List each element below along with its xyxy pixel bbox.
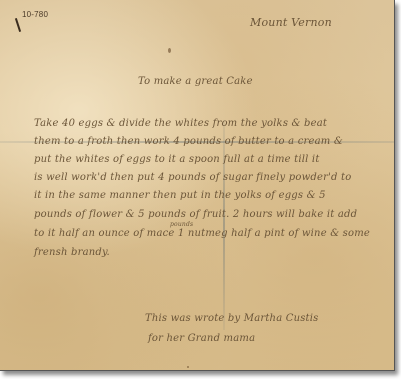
recipe-title: To make a great Cake	[138, 76, 253, 87]
recipe-line: it in the same manner then put in the yo…	[34, 190, 326, 201]
place-heading: Mount Vernon	[250, 16, 332, 29]
ink-spot	[187, 366, 189, 368]
signature-line: This was wrote by Martha Custis	[145, 313, 319, 324]
recipe-line: pounds of flower & 5 pounds of fruit. 2 …	[34, 209, 357, 220]
ink-spot	[168, 48, 171, 53]
manuscript-image-frame: 10-780 Mount Vernon To make a great Cake…	[0, 0, 395, 371]
recipe-line: put the whites of eggs to it a spoon ful…	[34, 154, 320, 165]
recipe-line: Take 40 eggs & divide the whites from th…	[34, 118, 327, 129]
signature-line: for her Grand mama	[148, 333, 255, 344]
recipe-line: frensh brandy.	[34, 247, 110, 258]
interlinear-insertion: pounds	[170, 221, 193, 228]
recipe-line: them to a froth then work 4 pounds of bu…	[34, 136, 343, 147]
recipe-line: to it half an ounce of mace 1 nutmeg hal…	[34, 228, 370, 239]
catalog-number: 10-780	[22, 10, 48, 19]
recipe-line: is well work'd then put 4 pounds of suga…	[34, 172, 351, 183]
fold-crease-vertical	[223, 120, 225, 330]
